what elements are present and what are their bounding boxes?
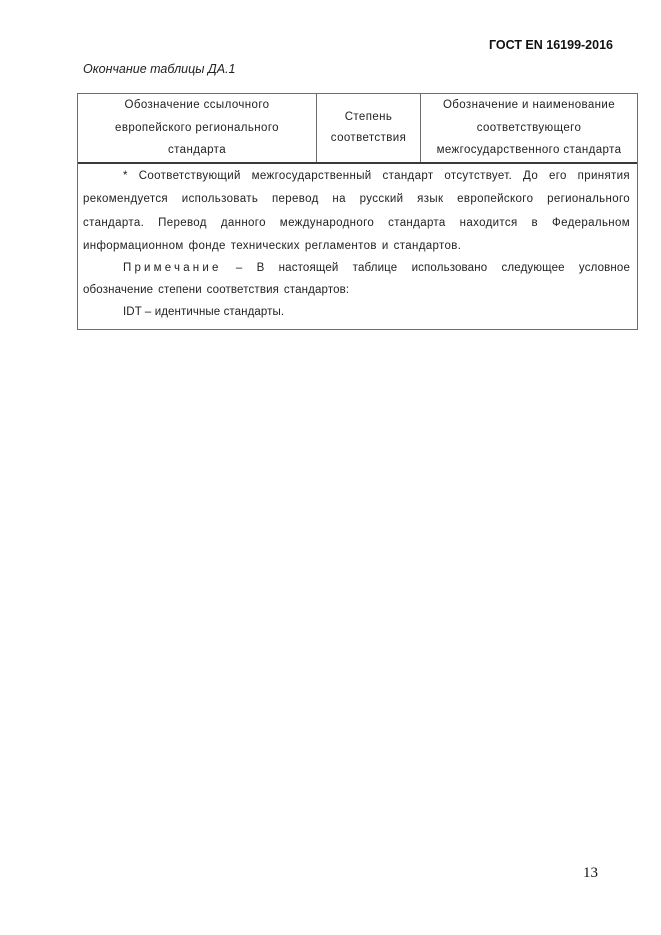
document-code: ГОСТ EN 16199-2016	[470, 38, 613, 52]
legend-idt: IDT – идентичные стандарты.	[83, 301, 630, 324]
note-paragraph: Примечание – В настоящей таблице использ…	[83, 258, 630, 301]
table-caption: Окончание таблицы ДА.1	[83, 62, 236, 76]
note-label: Примечание	[123, 262, 222, 274]
page-number: 13	[583, 865, 598, 882]
table-footnote-section: * Соответствующий межгосударственный ста…	[78, 164, 637, 324]
column-header-reference-standard: Обозначение ссылочного европейского реги…	[78, 94, 317, 162]
correspondence-table: Обозначение ссылочного европейского реги…	[77, 93, 638, 330]
table-header: Обозначение ссылочного европейского реги…	[78, 94, 637, 164]
column-header-interstate-standard: Обозначение и наименование соответствующ…	[421, 94, 637, 162]
footnote-text: * Соответствующий межгосударственный ста…	[83, 165, 630, 258]
column-header-degree-of-correspondence: Степень соответствия	[317, 94, 421, 162]
